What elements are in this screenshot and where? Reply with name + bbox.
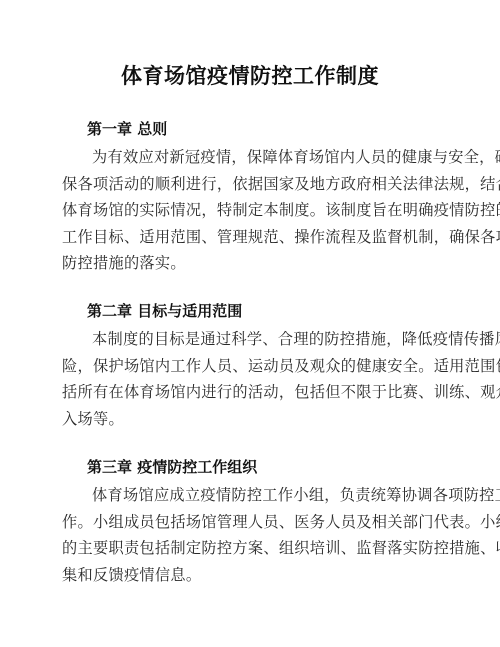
paragraph-line: 保各项活动的顺利进行，依据国家及地方政府相关法律法规，结合 [62,171,442,198]
paragraph-line: 的主要职责包括制定防控方案、组织培训、监督落实防控措施、收 [62,535,442,562]
section-body: 本制度的目标是通过科学、合理的防控措施，降低疫情传播风 险，保护场馆内工作人员、… [62,326,442,432]
section-general-provisions: 第一章 总则 为有效应对新冠疫情，保障体育场馆内人员的健康与安全，确 保各项活动… [62,118,442,277]
paragraph-line: 为有效应对新冠疫情，保障体育场馆内人员的健康与安全，确 [62,144,442,171]
document-title: 体育场馆疫情防控工作制度 [0,60,500,90]
paragraph-line: 本制度的目标是通过科学、合理的防控措施，降低疫情传播风 [62,326,442,353]
document-page: 体育场馆疫情防控工作制度 第一章 总则 为有效应对新冠疫情，保障体育场馆内人员的… [0,0,500,647]
section-heading: 第一章 总则 [87,118,442,140]
section-body: 为有效应对新冠疫情，保障体育场馆内人员的健康与安全，确 保各项活动的顺利进行，依… [62,144,442,277]
paragraph-line: 工作目标、适用范围、管理规范、操作流程及监督机制，确保各项 [62,224,442,251]
paragraph-line: 入场等。 [62,406,442,433]
section-goals-scope: 第二章 目标与适用范围 本制度的目标是通过科学、合理的防控措施，降低疫情传播风 … [62,300,442,432]
paragraph-line: 险，保护场馆内工作人员、运动员及观众的健康安全。适用范围包 [62,353,442,380]
paragraph-line: 括所有在体育场馆内进行的活动，包括但不限于比赛、训练、观众 [62,379,442,406]
paragraph-line: 作。小组成员包括场馆管理人员、医务人员及相关部门代表。小组 [62,509,442,536]
paragraph-line: 集和反馈疫情信息。 [62,562,442,589]
section-heading: 第二章 目标与适用范围 [87,300,442,322]
paragraph-line: 体育场馆应成立疫情防控工作小组，负责统筹协调各项防控工 [62,482,442,509]
section-heading: 第三章 疫情防控工作组织 [87,456,442,478]
paragraph-line: 防控措施的落实。 [62,250,442,277]
section-organization: 第三章 疫情防控工作组织 体育场馆应成立疫情防控工作小组，负责统筹协调各项防控工… [62,456,442,588]
section-body: 体育场馆应成立疫情防控工作小组，负责统筹协调各项防控工 作。小组成员包括场馆管理… [62,482,442,588]
paragraph-line: 体育场馆的实际情况，特制定本制度。该制度旨在明确疫情防控的 [62,197,442,224]
